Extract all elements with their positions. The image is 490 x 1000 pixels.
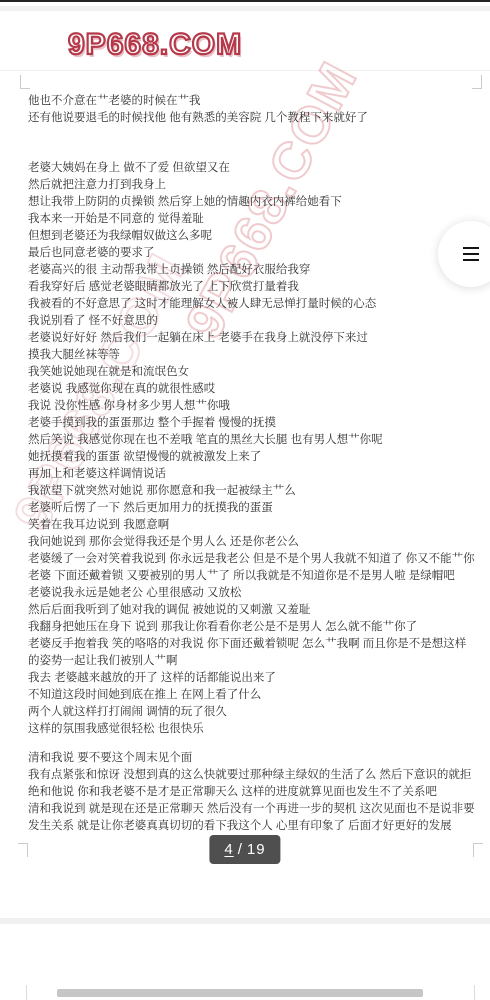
text-line: 两个人就这样打打闹闹 调情的玩了很久 bbox=[28, 704, 483, 721]
current-page: 4 bbox=[224, 841, 233, 858]
text-line: 我去 老婆越来越放的开了 这样的话都能说出来了 bbox=[28, 670, 483, 687]
next-page-right-edge bbox=[474, 985, 475, 1000]
page-corner-mark-bottom-left bbox=[18, 843, 28, 857]
text-line: 老婆 下面还戴着锁 又要被别的男人艹了 所以我就是不知道你是不是男人啦 是绿帽吧 bbox=[28, 568, 483, 585]
paragraph: 老婆大姨妈在身上 做不了爱 但欲望又在 然后就把注意力打到我身上 想让我带上防阴… bbox=[28, 160, 483, 738]
text-line: 老婆听后愣了一下 然后更加用力的抚摸我的蛋蛋 bbox=[28, 500, 483, 517]
text-line: 然后后面我听到了她对我的调侃 被她说的又刺激 又羞耻 bbox=[28, 602, 483, 619]
page-indicator[interactable]: 4/19 bbox=[209, 835, 280, 864]
text-line: 再加上和老婆这样调情说话 bbox=[28, 466, 483, 483]
paragraph: 他也不介意在艹老婆的时候在艹我 还有他说要退毛的时候找他 他有熟悉的美容院 几个… bbox=[28, 93, 483, 127]
text-line: 还有他说要退毛的时候找他 他有熟悉的美容院 几个教程下来就好了 bbox=[28, 110, 483, 127]
text-line: 老婆大姨妈在身上 做不了爱 但欲望又在 bbox=[28, 160, 483, 177]
text-line: 他也不介意在艹老婆的时候在艹我 bbox=[28, 93, 483, 110]
text-line: 最后也同意老婆的要求了 bbox=[28, 245, 483, 262]
text-line: 老婆手摸到我的蛋蛋那边 整个手握着 慢慢的抚摸 bbox=[28, 415, 483, 432]
page-corner-mark-bottom-right bbox=[473, 843, 483, 857]
text-line: 摸我大腿丝袜等等 bbox=[28, 347, 483, 364]
text-line: 清和我说到 就是现在还是正常聊天 然后没有一个再进一步的契机 这次见面也不是说非… bbox=[28, 801, 483, 818]
header-bottom-line bbox=[0, 70, 490, 71]
text-line: 老婆缓了一会对笑着我说到 你永远是我老公 但是不是个男人我就不知道了 你又不能艹… bbox=[28, 551, 483, 568]
text-line: 的姿势一起让我们被别人艹啊 bbox=[28, 653, 483, 670]
text-line: 我笑她说她现在就是和流氓色女 bbox=[28, 364, 483, 381]
next-page-banner-placeholder bbox=[57, 989, 423, 997]
hamburger-icon bbox=[463, 247, 479, 261]
text-line: 发生关系 就是让你老婆真真切切的看下我这个人 心里有印象了 后面才好更好的发展 bbox=[28, 818, 483, 835]
text-line: 看我穿好后 感觉老婆眼睛都放光了 上下欣赏打量着我 bbox=[28, 279, 483, 296]
text-line: 然后笑说 我感觉你现在也不差哦 笔直的黑丝大长腿 也有男人想艹你呢 bbox=[28, 432, 483, 449]
site-logo: 9P668.COM bbox=[68, 28, 242, 62]
next-page-left-edge bbox=[26, 985, 27, 1000]
text-line: 她抚摸着我的蛋蛋 欲望慢慢的就被激发上来了 bbox=[28, 449, 483, 466]
text-line: 老婆反手抱着我 笑的咯咯的对我说 你下面还戴着锁呢 怎么艹我啊 而且你是不是想这… bbox=[28, 636, 483, 653]
header-divider-band bbox=[0, 6, 490, 11]
text-line: 然后就把注意力打到我身上 bbox=[28, 177, 483, 194]
text-line: 我问她说到 那你会觉得我还是个男人么 还是你老公么 bbox=[28, 534, 483, 551]
text-line: 但想到老婆还为我绿帽奴做这么多呢 bbox=[28, 228, 483, 245]
text-line: 这样的氛围我感觉很轻松 也很快乐 bbox=[28, 721, 483, 738]
text-line: 不知道这段时间她到底在推上 在网上看了什么 bbox=[28, 687, 483, 704]
text-line: 我被看的不好意思了 这时才能理解女人被人肆无忌惮打量时候的心态 bbox=[28, 296, 483, 313]
text-line: 我本来一开始是不同意的 觉得羞耻 bbox=[28, 211, 483, 228]
text-line: 老婆说 我感觉你现在真的就很性感哎 bbox=[28, 381, 483, 398]
page-gap-separator bbox=[0, 918, 490, 924]
page-text: 他也不介意在艹老婆的时候在艹我 还有他说要退毛的时候找他 他有熟悉的美容院 几个… bbox=[28, 93, 483, 835]
top-status-bar bbox=[0, 0, 490, 2]
text-line: 我说 没你性感 你身材多少男人想艹你哦 bbox=[28, 398, 483, 415]
page-corner-mark-top-right bbox=[472, 75, 482, 89]
text-line: 清和我说 要不要这个周末见个面 bbox=[28, 750, 483, 767]
paragraph: 清和我说 要不要这个周末见个面 我有点紧张和惊讶 没想到真的这么快就要过那种绿主… bbox=[28, 750, 483, 835]
text-line: 我欲望下就突然对她说 那你愿意和我一起被绿主艹么 bbox=[28, 483, 483, 500]
text-line: 绝和他说 你和我老婆不是才是正常聊天么 这样的进度就算见面也发生不了关系吧 bbox=[28, 784, 483, 801]
page-corner-mark-top-left bbox=[20, 75, 30, 89]
text-line: 我有点紧张和惊讶 没想到真的这么快就要过那种绿主绿奴的生活了么 然后下意识的就拒 bbox=[28, 767, 483, 784]
text-line: 想让我带上防阴的贞操锁 然后穿上她的情趣内衣内裤给她看下 bbox=[28, 194, 483, 211]
total-pages: 19 bbox=[247, 841, 266, 858]
text-line: 笑着在我耳边说到 我愿意啊 bbox=[28, 517, 483, 534]
page-separator: / bbox=[238, 841, 243, 858]
text-line: 我说别看了 怪不好意思的 bbox=[28, 313, 483, 330]
text-line: 老婆说我永远是她老公 心里很感动 又放松 bbox=[28, 585, 483, 602]
text-line: 老婆说好好好 然后我们一起躺在床上 老婆手在我身上就没停下来过 bbox=[28, 330, 483, 347]
text-line: 我翻身把她压在身下 说到 那我让你看看你老公是不是男人 怎么就不能艹你了 bbox=[28, 619, 483, 636]
text-line: 老婆高兴的很 主动帮我带上贞操锁 然后配好衣服给我穿 bbox=[28, 262, 483, 279]
